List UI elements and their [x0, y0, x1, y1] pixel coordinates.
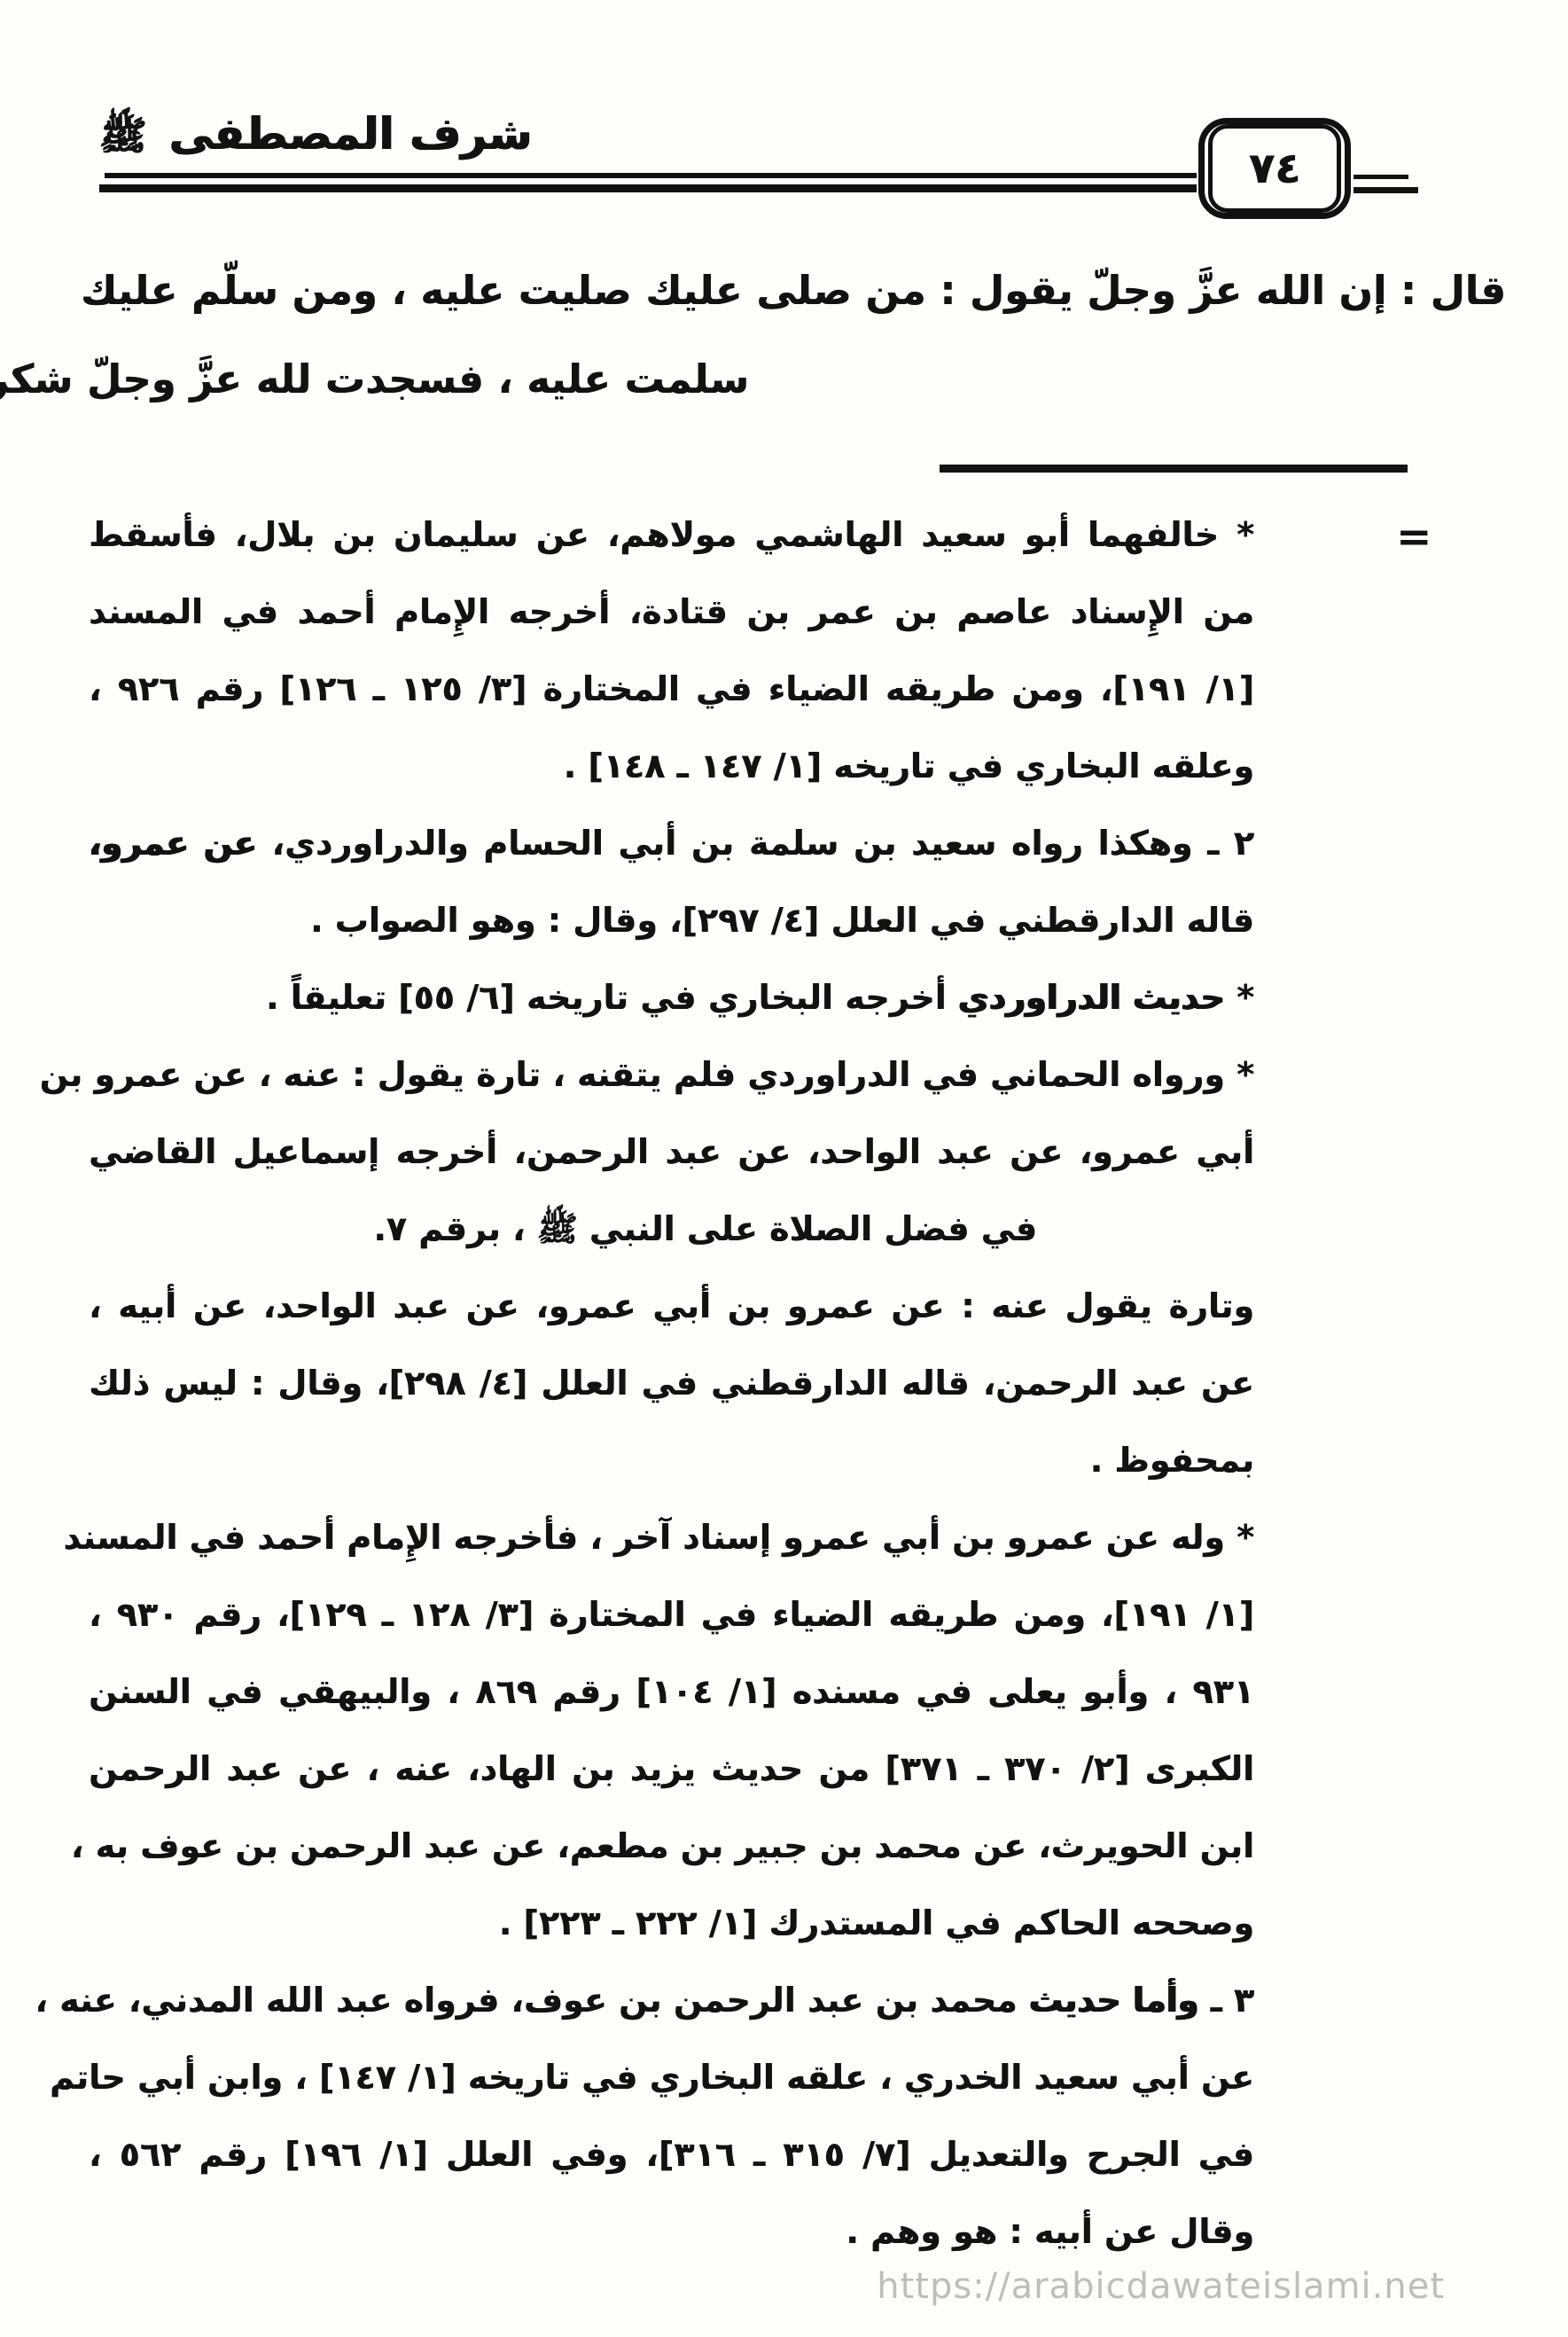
- footnote-text: * خالفهما أبو سعيد الهاشمي مولاهم، عن سل…: [89, 515, 1254, 554]
- footnote-text: *: [1225, 978, 1254, 1017]
- footnote-text: محمد بن عبد الرحمن بن عوف، فرواه عبد الل…: [35, 1981, 1028, 2020]
- footnote-text: من الإِسناد عاصم بن عمر بن قتادة، أخرجه …: [89, 592, 1254, 631]
- footnote-text: أبي عمرو، عن عبد الواحد، عن عبد الرحمن، …: [89, 1132, 1254, 1171]
- main-text: قال : إن الله عزَّ وجلّ يقول : من صلى عل…: [99, 246, 1506, 424]
- footnote-text: قاله الدارقطني في العلل [٤/ ٢٩٧]، وقال :…: [310, 901, 1254, 940]
- page-number: ٧٤: [1249, 144, 1301, 193]
- book-page: { "header": { "title": "شرف المصطفى", "t…: [0, 0, 1568, 2337]
- footnote-emphasis: حديث الدراوردي: [958, 978, 1225, 1017]
- page-number-box: ٧٤: [1198, 118, 1351, 219]
- footnote-line: بمحفوظ .: [89, 1422, 1254, 1499]
- footnote-text: عن أبي سعيد الخدري ، علقه البخاري في تار…: [50, 2058, 1254, 2097]
- footnote-text: وقال عن أبيه : هو وهم .: [846, 2212, 1254, 2251]
- footnote-line: وتارة يقول عنه : عن عمرو بن أبي عمرو، عن…: [89, 1268, 1254, 1345]
- footnote-line: الكبرى [٢/ ٣٧٠ ـ ٣٧١] من حديث يزيد بن ال…: [89, 1731, 1254, 1808]
- footnote-text: ابن الحويرث، عن محمد بن جبير بن مطعم، عن…: [71, 1826, 1254, 1865]
- footnote-line: ٢ ـ وهكذا رواه سعيد بن سلمة بن أبي الحسا…: [89, 805, 1254, 882]
- footnote-text: وصححه الحاكم في المستدرك [١/ ٢٢٢ ـ ٢٢٣] …: [499, 1903, 1254, 1942]
- footnote-line: عن عبد الرحمن، قاله الدارقطني في العلل […: [89, 1345, 1254, 1422]
- footnote-line: ٩٣١ ، وأبو يعلى في مسنده [١/ ١٠٤] رقم ٨٦…: [89, 1653, 1254, 1731]
- footnote-emphasis: وأما حديث: [1029, 1981, 1199, 2020]
- footnote-line: قاله الدارقطني في العلل [٤/ ٢٩٧]، وقال :…: [89, 882, 1254, 959]
- page-number-inner-frame: ٧٤: [1208, 124, 1341, 213]
- footnote-line: في الجرح والتعديل [٧/ ٣١٥ ـ ٣١٦]، وفي ال…: [89, 2116, 1254, 2193]
- footnote-text: عن عبد الرحمن، قاله الدارقطني في العلل […: [89, 1364, 1254, 1403]
- book-title: شرف المصطفى: [169, 108, 533, 160]
- footnote-line: وعلقه البخاري في تاريخه [١/ ١٤٧ ـ ١٤٨] .: [89, 728, 1254, 805]
- footnote-text: ٩٣١ ، وأبو يعلى في مسنده [١/ ١٠٤] رقم ٨٦…: [89, 1672, 1254, 1711]
- footnote-line: ٣ ـ وأما حديث محمد بن عبد الرحمن بن عوف،…: [89, 1962, 1254, 2039]
- footnote-line: عن أبي سعيد الخدري ، علقه البخاري في تار…: [89, 2039, 1254, 2116]
- footnote-text: في فضل الصلاة على النبي ﷺ ، برقم ٧.: [373, 1209, 1037, 1248]
- footnote-text: ٣ ـ: [1198, 1981, 1254, 2020]
- footnote-text: بمحفوظ .: [1090, 1441, 1254, 1480]
- footnote-text: وتارة يقول عنه : عن عمرو بن أبي عمرو، عن…: [89, 1286, 1254, 1325]
- footnote-text: * وله عن عمرو بن أبي عمرو إسناد آخر ، فأ…: [63, 1518, 1254, 1557]
- footnote-line: * ورواه الحماني في الدراوردي فلم يتقنه ،…: [89, 1036, 1254, 1114]
- main-text-line: قال : إن الله عزَّ وجلّ يقول : من صلى عل…: [99, 246, 1506, 335]
- footnote-line: ابن الحويرث، عن محمد بن جبير بن مطعم، عن…: [89, 1808, 1254, 1885]
- footnote-separator: [940, 465, 1408, 473]
- footnote-line: من الإِسناد عاصم بن عمر بن قتادة، أخرجه …: [89, 574, 1254, 651]
- footnote-line: * حديث الدراوردي أخرجه البخاري في تاريخه…: [89, 959, 1254, 1036]
- footnote-text: [١/ ١٩١]، ومن طريقه الضياء في المختارة […: [89, 1595, 1254, 1634]
- footnote-line: * خالفهما أبو سعيد الهاشمي مولاهم، عن سل…: [89, 496, 1254, 574]
- footnote-text: وعلقه البخاري في تاريخه [١/ ١٤٧ ـ ١٤٨] .: [564, 746, 1254, 786]
- footnotes-block: * خالفهما أبو سعيد الهاشمي مولاهم، عن سل…: [89, 496, 1254, 2271]
- header-rule-top: [105, 173, 1197, 178]
- footnote-text: في الجرح والتعديل [٧/ ٣١٥ ـ ٣١٦]، وفي ال…: [89, 2135, 1254, 2174]
- main-text-line: سلمت عليه ، فسجدت لله عزَّ وجلّ شكراً .: [99, 335, 1506, 424]
- page-title: شرف المصطفى ﷺ: [99, 108, 532, 168]
- header-rule-right-top: [1353, 175, 1408, 179]
- footnote-text: [١/ ١٩١]، ومن طريقه الضياء في المختارة […: [89, 669, 1254, 708]
- footnote-line: [١/ ١٩١]، ومن طريقه الضياء في المختارة […: [89, 1576, 1254, 1653]
- footnote-line: وقال عن أبيه : هو وهم .: [89, 2193, 1254, 2271]
- footnote-text: الكبرى [٢/ ٣٧٠ ـ ٣٧١] من حديث يزيد بن ال…: [89, 1749, 1254, 1788]
- footnote-text: ٢ ـ وهكذا رواه سعيد بن سلمة بن أبي الحسا…: [257, 824, 1254, 863]
- footnote-line: [١/ ١٩١]، ومن طريقه الضياء في المختارة […: [89, 651, 1254, 728]
- footnote-line: في فضل الصلاة على النبي ﷺ ، برقم ٧.: [89, 1191, 1254, 1268]
- header-rule-right-bottom: [1353, 187, 1418, 193]
- footnote-line: * وله عن عمرو بن أبي عمرو إسناد آخر ، فأ…: [89, 1499, 1254, 1576]
- pbuh-symbol-icon: ﷺ: [99, 113, 146, 159]
- continuation-mark: =: [1397, 512, 1438, 560]
- header-rule-bottom: [99, 184, 1197, 192]
- footnote-text: * ورواه الحماني في الدراوردي فلم يتقنه ،…: [40, 1055, 1254, 1094]
- footnote-text: أخرجه البخاري في تاريخه [٦/ ٥٥] تعليقاً …: [266, 978, 958, 1017]
- watermark: https://arabicdawateislami.net: [877, 2266, 1445, 2307]
- footnote-line: وصححه الحاكم في المستدرك [١/ ٢٢٢ ـ ٢٢٣] …: [89, 1885, 1254, 1962]
- footnote-line: أبي عمرو، عن عبد الواحد، عن عبد الرحمن، …: [89, 1114, 1254, 1191]
- footnote-emphasis: عن عمرو،: [89, 824, 257, 863]
